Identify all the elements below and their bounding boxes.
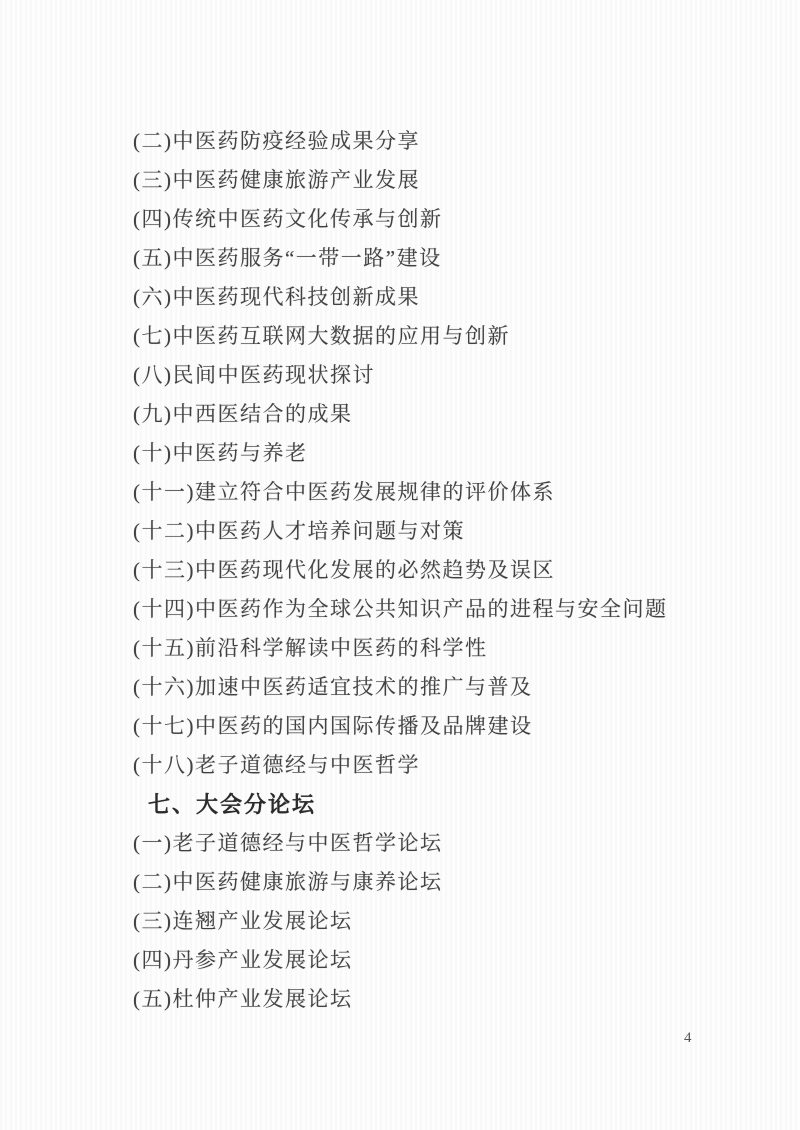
list-item: (八)民间中医药现状探讨 [133,356,753,395]
list-item: (十三)中医药现代化发展的必然趋势及误区 [133,551,753,590]
page-number: 4 [684,1030,692,1047]
list-item: (五)杜仲产业发展论坛 [133,980,753,1019]
section-heading: 七、大会分论坛 [133,785,753,824]
list-item: (三)连翘产业发展论坛 [133,902,753,941]
list-item: (四)传统中医药文化传承与创新 [133,200,753,239]
list-item: (一)老子道德经与中医哲学论坛 [133,824,753,863]
list-item: (十七)中医药的国内国际传播及品牌建设 [133,707,753,746]
list-item: (十六)加速中医药适宜技术的推广与普及 [133,668,753,707]
list-item: (二)中医药防疫经验成果分享 [133,122,753,161]
list-item: (十八)老子道德经与中医哲学 [133,746,753,785]
list-item: (五)中医药服务“一带一路”建设 [133,239,753,278]
list-item: (十一)建立符合中医药发展规律的评价体系 [133,473,753,512]
list-item: (十四)中医药作为全球公共知识产品的进程与安全问题 [133,590,753,629]
list-item: (三)中医药健康旅游产业发展 [133,161,753,200]
list-item: (十)中医药与养老 [133,434,753,473]
agenda-content: (二)中医药防疫经验成果分享 (三)中医药健康旅游产业发展 (四)传统中医药文化… [133,122,753,1019]
list-item: (七)中医药互联网大数据的应用与创新 [133,317,753,356]
list-item: (九)中西医结合的成果 [133,395,753,434]
list-item: (六)中医药现代科技创新成果 [133,278,753,317]
document-page: (二)中医药防疫经验成果分享 (三)中医药健康旅游产业发展 (四)传统中医药文化… [0,0,800,1130]
list-item: (十五)前沿科学解读中医药的科学性 [133,629,753,668]
list-item: (二)中医药健康旅游与康养论坛 [133,863,753,902]
list-item: (十二)中医药人才培养问题与对策 [133,512,753,551]
list-item: (四)丹参产业发展论坛 [133,941,753,980]
